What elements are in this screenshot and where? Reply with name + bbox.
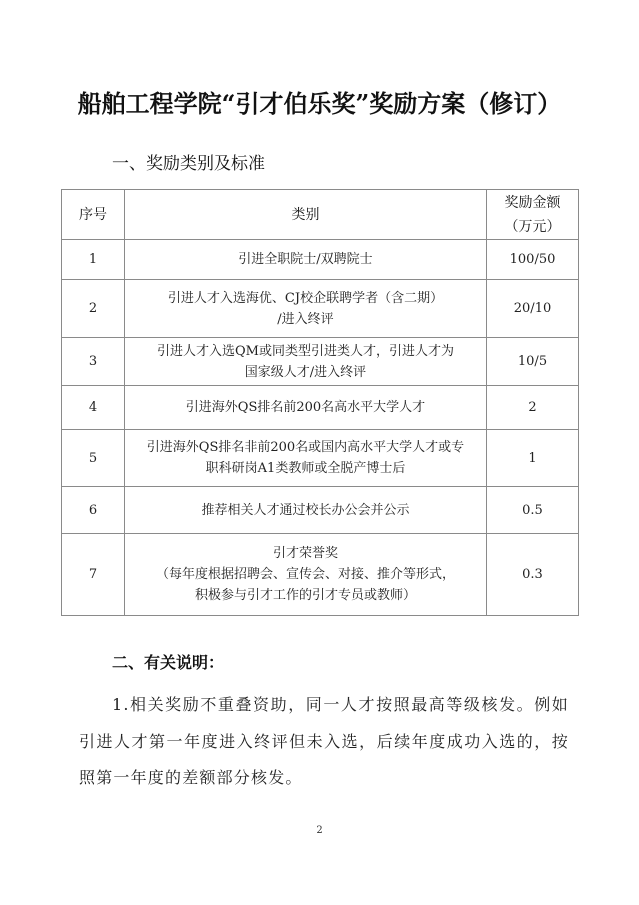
row-index: 2 [62,280,125,338]
category-line: 引进人才入选海优、CJ校企联聘学者（含二期） [131,288,480,309]
category-line: 推荐相关人才通过校长办公会并公示 [131,500,480,521]
row-amount: 10/5 [487,338,579,386]
award-table: 序号 类别 奖励金额 （万元） 1 引进全职院士/双聘院士 100/50 2 引… [61,189,579,616]
category-line: 引进全职院士/双聘院士 [131,249,480,270]
row-category: 引才荣誉奖 （每年度根据招聘会、宣传会、对接、推介等形式， 积极参与引才工作的引… [125,534,487,616]
table-row: 1 引进全职院士/双聘院士 100/50 [62,240,579,280]
table-header-row: 序号 类别 奖励金额 （万元） [62,190,579,240]
section-heading-award-categories: 一、奖励类别及标准 [112,149,265,174]
row-amount: 20/10 [487,280,579,338]
category-line: 引进人才入选QM或同类型引进类人才，引进人才为 [131,341,480,362]
row-category: 引进海外QS排名非前200名或国内高水平大学人才或专 职科研岗A1类教师或全脱产… [125,430,487,487]
row-category: 引进全职院士/双聘院士 [125,240,487,280]
row-amount: 0.5 [487,487,579,534]
table-row: 2 引进人才入选海优、CJ校企联聘学者（含二期） /进入终评 20/10 [62,280,579,338]
category-line: 引进海外QS排名非前200名或国内高水平大学人才或专 [131,437,480,458]
header-amount-line1: 奖励金额 [493,191,572,215]
table-row: 6 推荐相关人才通过校长办公会并公示 0.5 [62,487,579,534]
header-index: 序号 [62,190,125,240]
header-amount-line2: （万元） [493,215,572,239]
row-amount: 100/50 [487,240,579,280]
note-paragraph-1: 1.相关奖励不重叠资助，同一人才按照最高等级核发。例如引进人才第一年度进入终评但… [79,687,569,797]
table-row: 3 引进人才入选QM或同类型引进类人才，引进人才为 国家级人才/进入终评 10/… [62,338,579,386]
row-category: 引进海外QS排名前200名高水平大学人才 [125,386,487,430]
row-index: 6 [62,487,125,534]
category-line: 职科研岗A1类教师或全脱产博士后 [131,458,480,479]
category-line: 引进海外QS排名前200名高水平大学人才 [131,397,480,418]
category-line: 引才荣誉奖 [131,543,480,564]
table-row: 7 引才荣誉奖 （每年度根据招聘会、宣传会、对接、推介等形式， 积极参与引才工作… [62,534,579,616]
row-index: 7 [62,534,125,616]
table-row: 4 引进海外QS排名前200名高水平大学人才 2 [62,386,579,430]
category-line: 国家级人才/进入终评 [131,362,480,383]
section-heading-notes: 二、有关说明： [112,650,224,673]
category-line: /进入终评 [131,309,480,330]
row-category: 引进人才入选海优、CJ校企联聘学者（含二期） /进入终评 [125,280,487,338]
header-amount: 奖励金额 （万元） [487,190,579,240]
table-row: 5 引进海外QS排名非前200名或国内高水平大学人才或专 职科研岗A1类教师或全… [62,430,579,487]
row-index: 4 [62,386,125,430]
row-amount: 2 [487,386,579,430]
document-title: 船舶工程学院“引才伯乐奖”奖励方案（修订） [0,84,639,119]
row-category: 推荐相关人才通过校长办公会并公示 [125,487,487,534]
category-line: 积极参与引才工作的引才专员或教师） [131,585,480,606]
row-amount: 1 [487,430,579,487]
header-category: 类别 [125,190,487,240]
row-category: 引进人才入选QM或同类型引进类人才，引进人才为 国家级人才/进入终评 [125,338,487,386]
category-line: （每年度根据招聘会、宣传会、对接、推介等形式， [131,564,480,585]
row-index: 3 [62,338,125,386]
page-number: 2 [0,825,639,836]
row-amount: 0.3 [487,534,579,616]
row-index: 1 [62,240,125,280]
row-index: 5 [62,430,125,487]
